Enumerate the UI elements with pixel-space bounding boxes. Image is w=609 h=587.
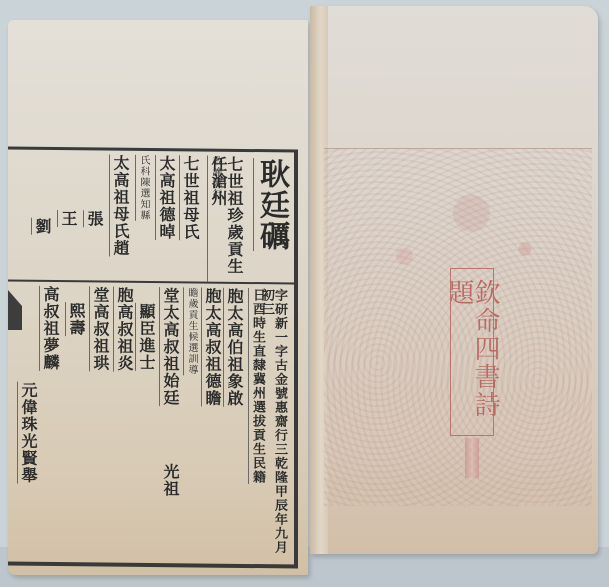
text-column: 胞太高叔祖德瞻 [201, 288, 220, 407]
text-column: 教諭懿行 [207, 156, 220, 200]
text-column: 太高祖德晫 [155, 155, 174, 240]
text-column: 王 [57, 210, 76, 227]
text-column: 熙壽 [65, 302, 84, 336]
book-title: 欽命四書詩題 [446, 279, 498, 435]
right-page-cover: 欽命四書詩題 [310, 6, 598, 554]
text-column: 太高祖母氏趙 [109, 155, 128, 257]
text-column: 張 [83, 210, 102, 227]
text-column: 元偉珠光賢舉 [17, 382, 36, 484]
name-heading: 耿廷礪 [253, 158, 286, 251]
text-column: 堂高叔祖珙 [89, 286, 108, 371]
lower-band: 字研新一字古金號惠齋行三乾隆甲辰年九月初三 日酉時生直隸冀州選拔貢生民籍 胞太高… [8, 281, 294, 564]
text-column: 氏科陳選知縣 [135, 155, 148, 221]
text-column: 七世祖母氏 [179, 155, 198, 240]
text-column: 高叔祖夢麟 [39, 286, 58, 371]
left-page: 耿廷礪 七世祖珍歲貢生任滄州 教諭懿行 七世祖母氏 太高祖德晫 氏科陳選知縣 太… [8, 20, 308, 575]
text-column: 光祖 [160, 463, 178, 497]
text-column: 瞻歲貢生候選訓導 [183, 287, 196, 375]
text-column: 胞太高伯祖象啟 [223, 288, 242, 407]
upper-band: 耿廷礪 七世祖珍歲貢生任滄州 教諭懿行 七世祖母氏 太高祖德晫 氏科陳選知縣 太… [8, 149, 294, 284]
text-column: 胞高叔祖炎 [113, 287, 132, 372]
text-column: 堂太高叔祖始廷 [159, 287, 178, 406]
genealogy-frame: 耿廷礪 七世祖珍歲貢生任滄州 教諭懿行 七世祖母氏 太高祖德晫 氏科陳選知縣 太… [8, 146, 298, 568]
text-column: 顯臣進士 [135, 303, 154, 371]
title-ornament [465, 438, 479, 478]
text-column: 日酉時生直隸冀州選拔貢生民籍 [248, 288, 264, 484]
text-column: 劉 [31, 218, 50, 235]
title-cartouche: 欽命四書詩題 [450, 268, 494, 436]
